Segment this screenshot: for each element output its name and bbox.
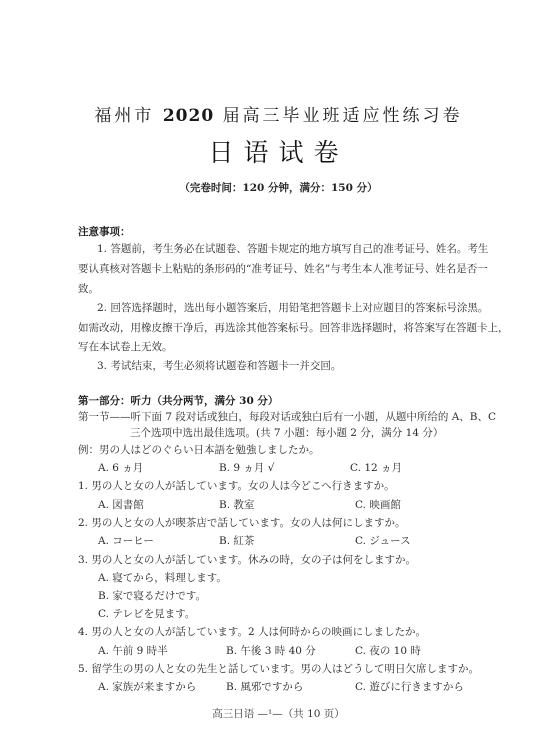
note-line: 3. 考试结束，考生必须将试题卷和答题卡一并交回。 — [97, 358, 341, 373]
q2-option-a: A. コーヒー — [98, 533, 154, 548]
subject-title: 日语试卷 — [0, 133, 557, 169]
q2-option-b: B. 紅茶 — [219, 533, 254, 548]
question-5: 5. 留学生の男の人と女の先生と話しています。男の人はどうして明日欠席しますか。 — [78, 661, 479, 676]
title-prefix: 福州市 — [94, 106, 154, 126]
q4-option-a: A. 午前 9 時半 — [98, 643, 168, 658]
note-line: 致。 — [78, 281, 99, 296]
q5-option-a: A. 家族が来ますから — [98, 679, 196, 694]
title-year: 2020 — [163, 106, 214, 126]
title-suffix: 届高三毕业班适应性练习卷 — [223, 106, 463, 126]
example-question: 例：男の人はどのぐらい日本語を勉強しましたか。 — [78, 442, 320, 457]
section1-instructions: 第一节——听下面 7 段对话或独白，每段对话或独白后有一小题，从题中所给的 A、… — [78, 409, 496, 424]
example-option-b: B. 9 ヵ月 √ — [219, 460, 274, 475]
example-option-c: C. 12 ヵ月 — [350, 460, 402, 475]
note-line: 要认真核对答题卡上粘贴的条形码的“准考证号、姓名”与考生本人准考证号、姓名是否一 — [78, 261, 488, 276]
note-line: 1. 答题前，考生务必在试题卷、答题卡规定的地方填写自己的准考证号、姓名。考生 — [97, 241, 488, 256]
q1-option-a: A. 図書館 — [98, 497, 144, 512]
q3-option-a: A. 寝てから，料理します。 — [98, 570, 227, 585]
q1-option-c: C. 映画館 — [355, 497, 401, 512]
exam-title: 福州市 2020 届高三毕业班适应性练习卷 — [0, 101, 557, 126]
question-4: 4. 男の人と女の人が話しています。2 人は何時からの映画にしましたか。 — [78, 624, 426, 639]
exam-info: （完卷时间：120 分钟，满分：150 分） — [0, 180, 557, 195]
q1-option-b: B. 教室 — [219, 497, 254, 512]
q5-option-b: B. 風邪ですから — [226, 679, 303, 694]
question-1: 1. 男の人と女の人が話しています。女の人は今どこへ行きますか。 — [78, 478, 395, 493]
example-option-a: A. 6 ヵ月 — [98, 460, 143, 475]
q4-option-c: C. 夜の 10 時 — [355, 643, 421, 658]
q4-option-b: B. 午後 3 時 40 分 — [226, 643, 316, 658]
note-line: 2. 回答选择题时，选出每小题答案后，用铅笔把答题卡上对应题目的答案标号涂黑。 — [97, 300, 488, 315]
notes-heading: 注意事项： — [78, 224, 131, 239]
part1-heading: 第一部分：听力（共分两节，满分 30 分） — [78, 393, 278, 408]
note-line: 如需改动，用橡皮擦干净后，再选涂其他答案标号。回答非选择题时，将答案写在答题卡上… — [78, 320, 509, 335]
q3-option-b: B. 家で寝るだけです。 — [98, 588, 206, 603]
page-footer: 高三日语 —¹—（共 10 页） — [0, 706, 557, 721]
note-line: 写在本试卷上无效。 — [78, 339, 173, 354]
q2-option-c: C. ジュース — [355, 533, 411, 548]
question-3: 3. 男の人と女の人が話しています。休みの時，女の子は何をしますか。 — [78, 552, 416, 567]
question-2: 2. 男の人と女の人が喫茶店で話しています。女の人は何にしますか。 — [78, 515, 406, 530]
q5-option-c: C. 遊びに行きますから — [355, 679, 464, 694]
section1-instructions-cont: 三个选项中选出最佳选项。(共 7 小题：每小题 2 分，满分 14 分） — [130, 425, 443, 440]
q3-option-c: C. テレビを見ます。 — [98, 606, 195, 621]
